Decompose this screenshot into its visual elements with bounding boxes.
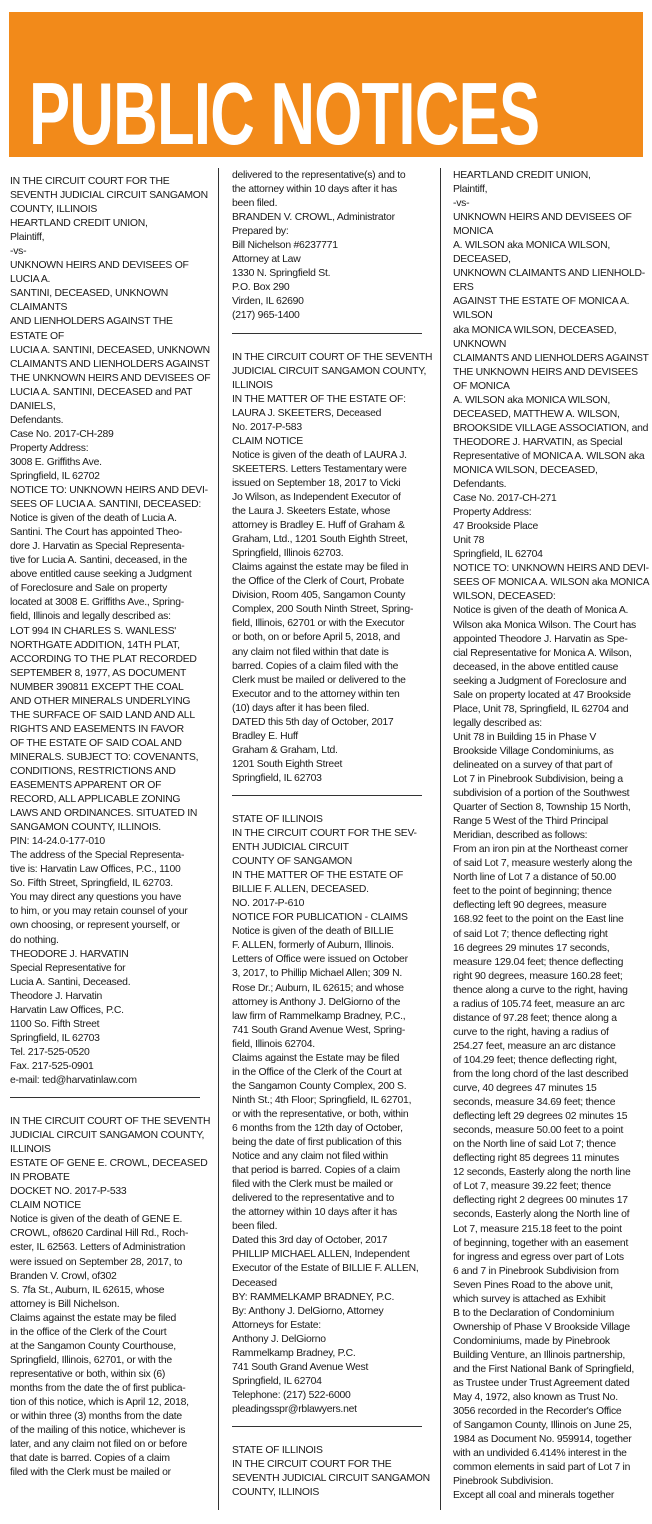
notice-line: feet to the point of beginning; thence [453,885,612,899]
notice-line: SEES OF MONICA A. WILSON aka MONICA [453,576,649,590]
notice-line: deflecting right 85 degrees 11 minutes [453,1152,619,1166]
notice-line: or with the representative, or both, wit… [232,1108,408,1122]
notice-line: later, and any claim not filed on or bef… [10,1438,187,1452]
notice-line: Harvatin Law Offices, P.C. [10,1004,124,1018]
notice-line: IN THE CIRCUIT COURT OF THE SEVENTH [10,1115,210,1129]
notice-line: IN THE CIRCUIT COURT OF THE SEVENTH [232,351,432,365]
notice-line: Jo Wilson, as Independent Executor of [232,491,401,505]
notice-line: Santini. The Court has appointed Theo- [10,526,182,540]
notice-line: dore J. Harvatin as Special Representa- [10,540,185,554]
notice-line: any claim not filed within that date is [232,646,389,660]
notice-line: THEODORE J. HARVATIN, as Special [453,436,622,450]
notice-line: delineated on a survey of that part of [453,759,612,773]
notice-line: Graham, Ltd., 1201 South Eighth Street, [232,533,408,547]
notice-line: HEARTLAND CREDIT UNION, [453,169,591,183]
notice-line: aka MONICA WILSON, DECEASED, [453,324,616,338]
notice-line: DECEASED, [453,253,511,267]
column-right: HEARTLAND CREDIT UNION,Plaintiff,-vs-UNK… [453,169,649,1503]
notice-line: 1330 N. Springfield St. [232,267,330,281]
notice-line: IN THE CIRCUIT COURT FOR THE [232,1458,391,1472]
notice-line: Lot 7 in Pinebrook Subdivision, being a [453,773,623,787]
notice-line: IN THE MATTER OF THE ESTATE OF: [232,393,406,407]
notice-line: right 90 degrees, measure 160.28 feet; [453,970,623,984]
notice-line: CLAIMANTS [10,301,67,315]
notice-line: AND LIENHOLDERS AGAINST THE [10,315,173,329]
notice-line: NORTHGATE ADDITION, 14TH PLAT, [10,639,180,653]
notice-line: and the First National Bank of Springfie… [453,1363,634,1377]
notice-line: ACCORDING TO THE PLAT RECORDED [10,653,197,667]
notice-line: Notice is given of the death of Lucia A. [10,512,177,526]
notice-line: for ingress and egress over part of Lots [453,1251,624,1265]
notice-line: Telephone: (217) 522-6000 [232,1389,351,1403]
notice-line: representative or both, within six (6) [10,1368,165,1382]
notice-line: 1100 So. Fifth Street [10,1018,99,1032]
notice-line: located at 3008 E. Griffiths Ave., Sprin… [10,596,184,610]
notice-line: NOTICE TO: UNKNOWN HEIRS AND DEVI- [453,562,649,576]
legal-notice: IN THE CIRCUIT COURT FOR THESEVENTH JUDI… [10,175,210,1088]
notice-line: RECORD, ALL APPLICABLE ZONING [10,793,180,807]
notice-line: CLAIMANTS AND LIENHOLDERS AGAINST [453,352,649,366]
notice-line: Unit 78 [453,534,484,548]
notice-line: Springfield, Illinois, 62701, or with th… [10,1354,172,1368]
notice-line: OF THE ESTATE OF SAID COAL AND [10,737,182,751]
notice-line: Bradley E. Huff [232,730,298,744]
notice-line: JUDICIAL CIRCUIT SANGAMON COUNTY, [10,1129,204,1143]
notice-line: thence along a curve to the right, havin… [453,984,628,998]
notice-line: subdivision of a portion of the Southwes… [453,787,629,801]
notice-line: Attorney at Law [232,253,300,267]
notice-line: as Trustee under Trust Agreement dated [453,1377,630,1391]
notice-line: Tel. 217-525-0520 [10,1046,90,1060]
notice-line: SANGAMON COUNTY, ILLINOIS. [10,821,161,835]
notice-line: the Sangamon County Complex, 200 S. [232,1080,406,1094]
notice-line: BY: RAMMELKAMP BRADNEY, P.C. [232,1291,394,1305]
notice-line: -vs- [453,197,469,211]
notice-line: No. 2017-P-583 [232,421,302,435]
notice-line: Condominiums, made by Pinebrook [453,1335,610,1349]
notice-line: DECEASED, MATTHEW A. WILSON, [453,408,620,422]
notice-line: ILLINOIS [232,379,273,393]
notice-line: COUNTY, ILLINOIS [232,1486,319,1500]
notice-line: common elements in said part of Lot 7 in [453,1461,630,1475]
notice-line: UNKNOWN HEIRS AND DEVISEES OF [453,211,632,225]
notice-line: attorney is Bill Nichelson. [10,1298,119,1312]
notice-line: 3056 recorded in the Recorder's Office [453,1405,621,1419]
notice-line: Defendants. [453,478,506,492]
notice-line: e-mail: ted@harvatinlaw.com [10,1074,137,1088]
notice-line: filed with the Clerk must be mailed or [10,1466,171,1480]
notice-line: Case No. 2017-CH-289 [10,428,114,442]
notice-line: Letters of Office were issued on October [232,953,408,967]
notice-line: or both, on or before April 5, 2018, and [232,631,400,645]
notice-line: Executor of the Estate of BILLIE F. ALLE… [232,1262,418,1276]
notice-line: in the office of the Clerk of the Court [10,1326,166,1340]
notice-line: legally described as: [453,717,542,731]
notice-line: tive for Lucia A. Santini, deceased, in … [10,554,187,568]
notice-line: SKEETERS. Letters Testamentary were [232,463,407,477]
notice-line: cial Representative for Monica A. Wilson… [453,647,632,661]
notice-line: UNKNOWN HEIRS AND DEVISEES OF [10,259,189,273]
notice-line: Unit 78 in Building 15 in Phase V [453,731,596,745]
notice-line: that date is barred. Copies of a claim [10,1452,170,1466]
notice-line: own choosing, or represent yourself, or [10,919,180,933]
column-divider [218,168,219,1510]
notice-line: of Lot 7, measure 39.22 feet; thence [453,1180,611,1194]
notice-line: 12 seconds, Easterly along the north lin… [453,1166,630,1180]
notice-line: P.O. Box 290 [232,281,289,295]
notice-line: Lot 7, measure 215.18 feet to the point [453,1223,622,1237]
legal-notice: STATE OF ILLINOISIN THE CIRCUIT COURT FO… [232,813,432,1417]
notice-line: Anthony J. DelGiorno [232,1333,326,1347]
notice-line: AND OTHER MINERALS UNDERLYING [10,695,190,709]
notice-line: SEPTEMBER 8, 1977, AS DOCUMENT [10,667,186,681]
notice-line: field, Illinois 62704. [232,1038,315,1052]
notice-line: North line of Lot 7 a distance of 50.00 [453,871,616,885]
notice-line: COUNTY OF SANGAMON [232,855,352,869]
notice-separator [232,795,422,796]
column-left: IN THE CIRCUIT COURT FOR THESEVENTH JUDI… [10,175,210,1480]
notice-line: Notice is given of the death of LAURA J. [232,449,407,463]
notice-line: RIGHTS AND EASEMENTS IN FAVOR [10,723,184,737]
notice-separator [232,1426,422,1427]
legal-notice: IN THE CIRCUIT COURT OF THE SEVENTHJUDIC… [232,351,432,786]
notice-line: Seven Pines Road to the above unit, [453,1279,613,1293]
notice-line: CLAIM NOTICE [232,435,303,449]
notice-line: deflecting right 2 degrees 00 minutes 17 [453,1194,628,1208]
notice-line: -vs- [10,245,26,259]
notice-line: on the North line of said Lot 7; thence [453,1138,616,1152]
notice-line: do nothing. [10,934,59,948]
notice-line: Representative of MONICA A. WILSON aka [453,450,644,464]
notice-line: STATE OF ILLINOIS [232,813,323,827]
notice-line: which survey is attached as Exhibit [453,1293,605,1307]
notice-line: IN THE CIRCUIT COURT FOR THE [10,175,169,189]
legal-notice: HEARTLAND CREDIT UNION,Plaintiff,-vs-UNK… [453,169,649,1503]
notice-line: ESTATE OF [10,330,64,344]
notice-line: ester, IL 62563. Letters of Administrati… [10,1241,185,1255]
notice-line: You may direct any questions you have [10,891,181,905]
notice-line: SEVENTH JUDICIAL CIRCUIT SANGAMON [232,1472,430,1486]
notice-line: law firm of Rammelkamp Bradney, P.C., [232,1010,405,1024]
notice-line: Case No. 2017-CH-271 [453,492,557,506]
notice-line: From an iron pin at the Northeast corner [453,843,628,857]
notice-line: B to the Declaration of Condominium [453,1307,614,1321]
notice-line: from the long chord of the last describe… [453,1068,628,1082]
notice-line: of Sangamon County, Illinois on June 25, [453,1419,632,1433]
notice-line: measure 129.04 feet; thence deflecting [453,956,623,970]
notice-line: A. WILSON aka MONICA WILSON, [453,239,610,253]
notice-line: of beginning, together with an easement [453,1237,628,1251]
notice-line: appointed Theodore J. Harvatin as Spe- [453,633,628,647]
notice-line: of the mailing of this notice, whichever… [10,1424,185,1438]
notice-line: been filed. [232,1220,277,1234]
notice-line: BROOKSIDE VILLAGE ASSOCIATION, and [453,422,648,436]
notice-line: Brookside Village Condominiums, as [453,745,614,759]
notice-line: Complex, 200 South Ninth Street, Spring- [232,603,413,617]
notice-line: LUCIA A. [10,273,50,287]
notice-line: PIN: 14-24.0-177-010 [10,835,105,849]
notice-line: tion of this notice, which is April 12, … [10,1396,189,1410]
notice-line: being the date of first publication of t… [232,1136,401,1150]
notice-line: BILLIE F. ALLEN, DECEASED. [232,883,369,897]
notice-line: Claims against the estate may be filed i… [232,561,408,575]
notice-line: at the Sangamon County Courthouse, [10,1340,176,1354]
notice-line: DOCKET NO. 2017-P-533 [10,1185,126,1199]
notice-line: THE SURFACE OF SAID LAND AND ALL [10,709,195,723]
notice-line: Springfield, IL 62702 [10,470,100,484]
notice-line: Plaintiff, [10,231,44,245]
notice-line: NUMBER 390811 EXCEPT THE COAL [10,681,184,695]
notice-separator [10,1097,200,1098]
notice-line: of Foreclosure and Sale on property [10,582,167,596]
notice-line: of said Lot 7, measure westerly along th… [453,857,632,871]
notice-line: Pinebrook Subdivision. [453,1475,553,1489]
notice-line: ENTH JUDICIAL CIRCUIT [232,841,349,855]
notice-line: SANTINI, DECEASED, UNKNOWN [10,287,168,301]
notice-separator [232,333,422,334]
notice-line: field, Illinois and legally described as… [10,610,171,624]
notice-line: CLAIM NOTICE [10,1199,81,1213]
notice-line: Notice is given of the death of GENE E. [10,1213,182,1227]
notice-line: CLAIMANTS AND LIENHOLDERS AGAINST [10,358,210,372]
public-notices-banner: PUBLIC NOTICES [9,12,643,157]
notice-line: with an undivided 6.414% interest in the [453,1447,627,1461]
notice-line: LOT 994 IN CHARLES S. WANLESS' [10,625,176,639]
notice-line: 3, 2017, to Phillip Michael Allen; 309 N… [232,967,402,981]
notice-line: 3008 E. Griffiths Ave. [10,456,102,470]
notice-line: Claims against the Estate may be filed [232,1052,399,1066]
column-middle: delivered to the representative(s) and t… [232,169,432,1500]
notice-line: deflecting left 29 degrees 02 minutes 15 [453,1110,627,1124]
notice-line: to him, or you may retain counsel of you… [10,905,187,919]
notice-line: Theodore J. Harvatin [10,990,102,1004]
notice-line: SEVENTH JUDICIAL CIRCUIT SANGAMON [10,189,208,203]
notice-line: in the Office of the Clerk of the Court … [232,1066,402,1080]
notice-line: 6 and 7 in Pinebrook Subdivision from [453,1265,619,1279]
notice-line: seeking a Judgment of Foreclosure and [453,675,626,689]
notice-line: Plaintiff, [453,183,487,197]
notice-line: filed with the Clerk must be mailed or [232,1178,393,1192]
notice-line: curve, 40 degrees 47 minutes 15 [453,1082,597,1096]
notice-line: By: Anthony J. DelGiorno, Attorney [232,1305,383,1319]
notice-line: pleadingsspr@rblawyers.net [232,1403,357,1417]
notice-line: Special Representative for [10,962,125,976]
notice-line: Ownership of Phase V Brookside Village [453,1321,630,1335]
notice-line: Notice and any claim not filed within [232,1150,388,1164]
notice-line: 254.27 feet, measure an arc distance [453,1040,616,1054]
notice-line: Attorneys for Estate: [232,1319,321,1333]
notice-line: SEES OF LUCIA A. SANTINI, DECEASED: [10,498,201,512]
notice-line: attorney is Bradley E. Huff of Graham & [232,519,405,533]
notice-line: Property Address: [10,442,88,456]
notice-line: 16 degrees 29 minutes 17 seconds, [453,942,609,956]
notice-line: Except all coal and minerals together [453,1489,614,1503]
notice-line: Meridian, described as follows: [453,829,587,843]
notice-line: Graham & Graham, Ltd. [232,744,338,758]
notice-line: Clerk must be mailed or delivered to the [232,674,406,688]
notice-line: (217) 965-1400 [232,309,300,323]
notice-line: Rammelkamp Bradney, P.C. [232,1347,356,1361]
notice-line: 47 Brookside Place [453,520,538,534]
notice-line: So. Fifth Street, Springfield, IL 62703. [10,877,173,891]
notice-line: 1201 South Eighth Street [232,758,342,772]
notice-line: the attorney within 10 days after it has [232,183,397,197]
notice-line: JUDICIAL CIRCUIT SANGAMON COUNTY, [232,365,426,379]
notice-line: Springfield, IL 62704 [453,548,543,562]
notice-line: issued on September 18, 2017 to Vicki [232,477,400,491]
notice-line: Quarter of Section 8, Township 15 North, [453,801,631,815]
notice-line: LAWS AND ORDINANCES. SITUATED IN [10,807,197,821]
notice-line: IN THE CIRCUIT COURT FOR THE SEV- [232,827,417,841]
legal-notice: STATE OF ILLINOISIN THE CIRCUIT COURT FO… [232,1444,432,1500]
notice-line: field, Illinois, 62701 or with the Execu… [232,617,404,631]
notice-line: DANIELS, [10,400,55,414]
notice-line: CONDITIONS, RESTRICTIONS AND [10,765,176,779]
notice-line: Deceased [232,1277,277,1291]
notice-line: a radius of 105.74 feet, measure an arc [453,998,625,1012]
notice-line: of said Lot 7; thence deflecting right [453,928,608,942]
notice-line: NOTICE TO: UNKNOWN HEIRS AND DEVI- [10,484,208,498]
notice-line: seconds, measure 34.69 feet; thence [453,1096,615,1110]
notice-line: Property Address: [453,506,531,520]
notice-line: seconds, Easterly along the North line o… [453,1208,629,1222]
notice-line: Executor and to the attorney within ten [232,688,400,702]
notice-line: BRANDEN V. CROWL, Administrator [232,211,395,225]
notice-line: 1984 as Document No. 959914, together [453,1433,632,1447]
notice-line: WILSON [453,309,493,323]
notice-line: above entitled cause seeking a Judgment [10,568,191,582]
notice-line: Prepared by: [232,225,289,239]
notice-line: Range 5 West of the Third Principal [453,815,608,829]
notice-line: May 4, 1972, also known as Trust No. [453,1391,618,1405]
notice-line: delivered to the representative(s) and t… [232,169,405,183]
notice-line: deceased, in the above entitled cause [453,661,618,675]
notice-line: Springfield, Illinois 62703. [232,547,343,561]
notice-line: or within three (3) months from the date [10,1410,182,1424]
notice-line: MONICA [453,225,493,239]
notice-line: Branden V. Crowl, of302 [10,1270,117,1284]
notice-line: ESTATE OF GENE E. CROWL, DECEASED [10,1157,207,1171]
notice-line: deflecting left 90 degrees, measure [453,899,607,913]
notice-line: CROWL, of8620 Cardinal Hill Rd., Roch- [10,1227,188,1241]
notice-line: LUCIA A. SANTINI, DECEASED and PAT [10,386,192,400]
notice-line: Virden, IL 62690 [232,295,304,309]
notice-line: the attorney within 10 days after it has [232,1206,397,1220]
notice-line: Ninth St.; 4th Floor; Springfield, IL 62… [232,1094,411,1108]
notice-line: NOTICE FOR PUBLICATION - CLAIMS [232,911,408,925]
notice-line: THE UNKNOWN HEIRS AND DEVISEES [453,366,638,380]
notice-line: UNKNOWN CLAIMANTS AND LIENHOLD- [453,267,645,281]
notice-line: F. ALLEN, formerly of Auburn, Illinois. [232,939,394,953]
legal-notice: IN THE CIRCUIT COURT OF THE SEVENTHJUDIC… [10,1115,210,1480]
notice-line: curve to the right, having a radius of [453,1026,609,1040]
page-title: PUBLIC NOTICES [29,70,539,158]
notice-line: THEODORE J. HARVATIN [10,948,129,962]
notice-line: Defendants. [10,414,63,428]
notice-line: Rose Dr.; Auburn, IL 62615; and whose [232,982,404,996]
notice-line: Claims against the estate may be filed [10,1312,176,1326]
notice-line: WILSON, DECEASED: [453,590,556,604]
notice-line: 168.92 feet to the point on the East lin… [453,913,624,927]
notice-line: DATED this 5th day of October, 2017 [232,716,393,730]
notice-line: IN PROBATE [10,1171,70,1185]
notice-line: the Office of the Clerk of Court, Probat… [232,575,404,589]
notice-line: distance of 97.28 feet; thence along a [453,1012,617,1026]
notice-line: MONICA WILSON, DECEASED, [453,464,598,478]
notice-line: AGAINST THE ESTATE OF MONICA A. [453,295,629,309]
notice-line: Springfield, IL 62703 [232,772,322,786]
notice-line: were issued on September 28, 2017, to [10,1256,182,1270]
notice-line: Bill Nichelson #6237771 [232,239,338,253]
notice-line: Place, Unit 78, Springfield, IL 62704 an… [453,703,628,717]
notice-line: ERS [453,281,474,295]
notice-line: been filed. [232,197,277,211]
notice-line: THE UNKNOWN HEIRS AND DEVISEES OF [10,372,210,386]
notice-line: the Laura J. Skeeters Estate, whose [232,505,390,519]
notice-line: that period is barred. Copies of a claim [232,1164,400,1178]
notice-line: The address of the Special Representa- [10,849,184,863]
notice-line: EASEMENTS APPARENT OR OF [10,779,161,793]
column-divider [440,168,441,1510]
notice-line: Springfield, IL 62703 [10,1032,100,1046]
notice-line: Notice is given of the death of BILLIE [232,925,393,939]
notice-line: (10) days after it has been filed. [232,702,369,716]
notice-line: HEARTLAND CREDIT UNION, [10,217,148,231]
notice-line: LUCIA A. SANTINI, DECEASED, UNKNOWN [10,344,210,358]
legal-notice: delivered to the representative(s) and t… [232,169,432,324]
notice-line: Dated this 3rd day of October, 2017 [232,1234,387,1248]
notice-line: UNKNOWN [453,338,506,352]
notice-line: 6 months from the 12th day of October, [232,1122,403,1136]
notice-line: Springfield, IL 62704 [232,1375,322,1389]
notice-line: Wilson aka Monica Wilson. The Court has [453,619,636,633]
notice-line: A. WILSON aka MONICA WILSON, [453,394,610,408]
notice-line: COUNTY, ILLINOIS [10,203,97,217]
notice-line: PHILLIP MICHAEL ALLEN, Independent [232,1248,410,1262]
notice-line: LAURA J. SKEETERS, Deceased [232,407,381,421]
notice-line: delivered to the representative and to [232,1192,394,1206]
notice-line: S. 7fa St., Auburn, IL 62615, whose [10,1284,164,1298]
notice-line: Lucia A. Santini, Deceased. [10,976,130,990]
notice-line: seconds, measure 50.00 feet to a point [453,1124,623,1138]
notice-line: OF MONICA [453,380,510,394]
notice-line: Division, Room 405, Sangamon County [232,589,405,603]
notice-line: Fax. 217-525-0901 [10,1060,94,1074]
notice-line: NO. 2017-P-610 [232,897,304,911]
notice-line: 741 South Grand Avenue West, Spring- [232,1024,405,1038]
notice-line: barred. Copies of a claim filed with the [232,660,398,674]
notice-line: ILLINOIS [10,1143,51,1157]
notice-line: Notice is given of the death of Monica A… [453,604,628,618]
notice-line: Building Venture, an Illinois partnershi… [453,1349,625,1363]
notice-line: Sale on property located at 47 Brookside [453,689,631,703]
notice-line: months from the date the of first public… [10,1382,185,1396]
notice-line: MINERALS. SUBJECT TO: COVENANTS, [10,751,198,765]
notice-line: 741 South Grand Avenue West [232,1361,368,1375]
notice-line: STATE OF ILLINOIS [232,1444,323,1458]
notice-line: of 104.29 feet; thence deflecting right, [453,1054,617,1068]
notice-line: IN THE MATTER OF THE ESTATE OF [232,869,403,883]
notice-line: attorney is Anthony J. DelGiorno of the [232,996,400,1010]
notice-line: tive is: Harvatin Law Offices, P.C., 110… [10,863,181,877]
